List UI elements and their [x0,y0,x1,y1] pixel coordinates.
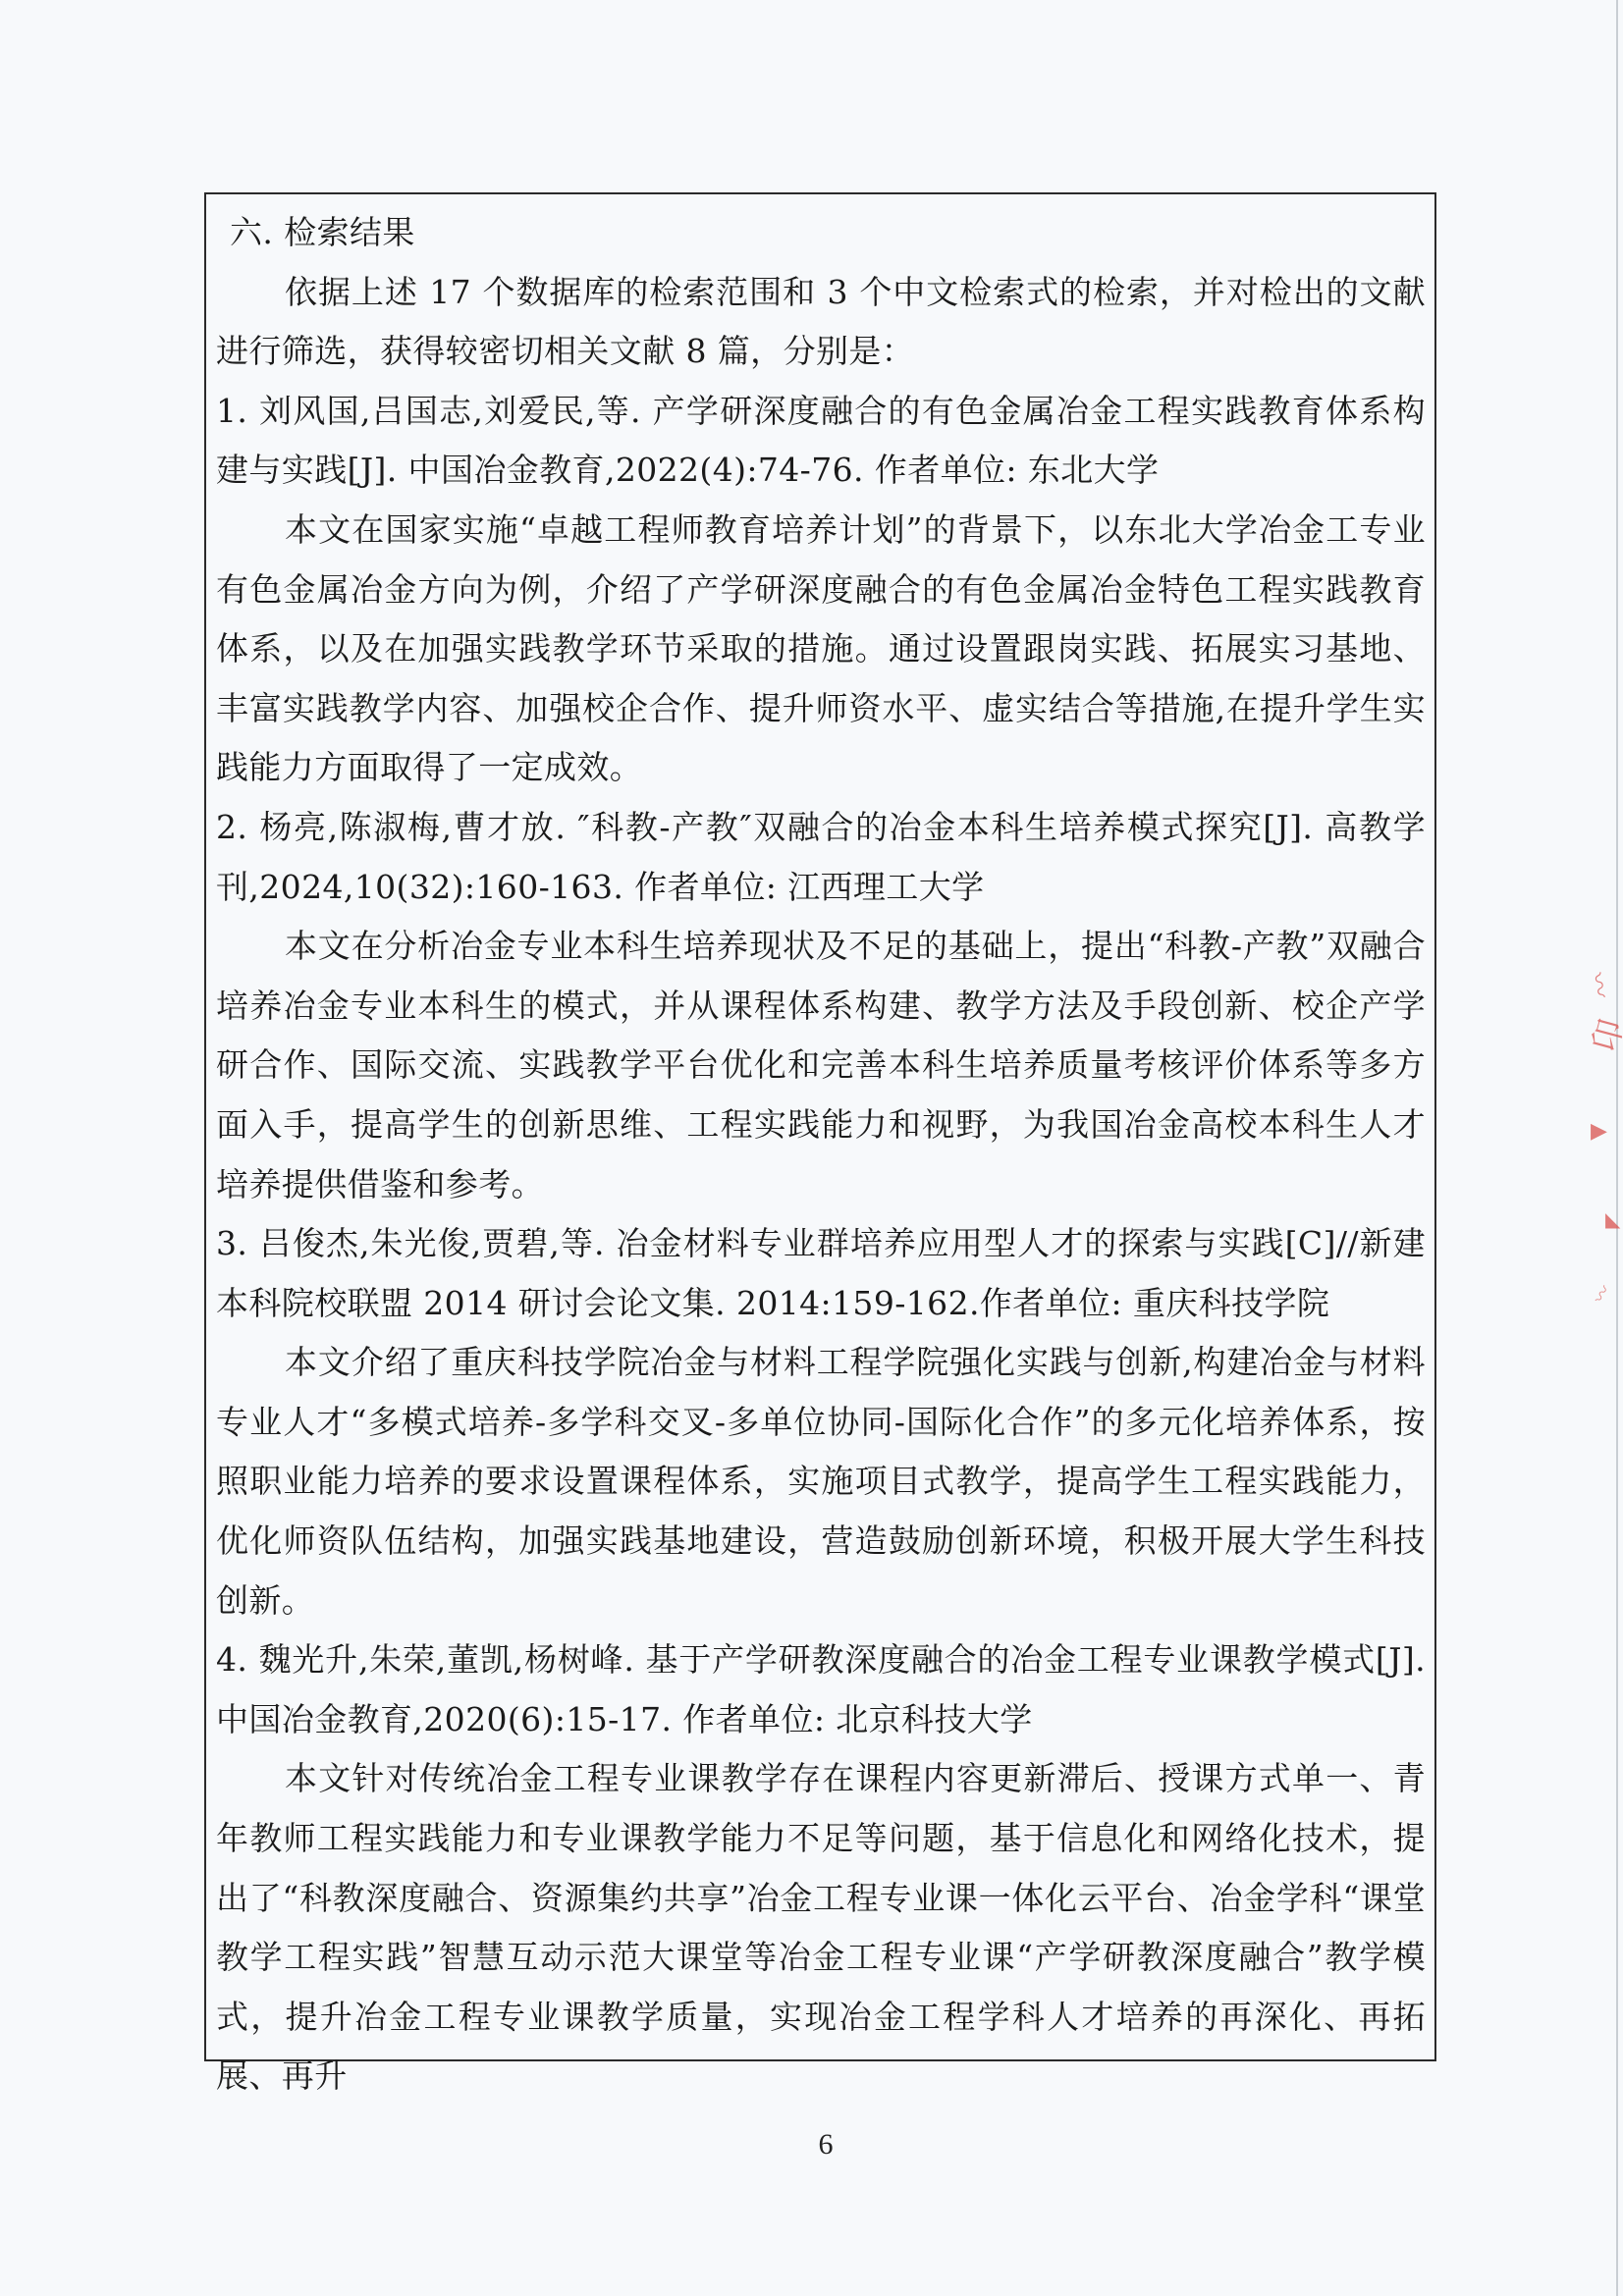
reference-citation-1: 1. 刘风国,吕国志,刘爱民,等. 产学研深度融合的有色金属冶金工程实践教育体系… [216,382,1426,501]
red-seal-mark-icon: 〰 [1586,1280,1617,1308]
intro-paragraph: 依据上述 17 个数据库的检索范围和 3 个中文检索式的检索，并对检出的文献进行… [216,263,1426,382]
page-number: 6 [811,2128,840,2162]
reference-abstract-2: 本文在分析冶金专业本科生培养现状及不足的基础上，提出“科教-产教”双融合培养冶金… [216,917,1426,1214]
red-seal-mark-icon: ▶ [1591,1119,1607,1144]
reference-citation-4: 4. 魏光升,朱荣,董凯,杨树峰. 基于产学研教深度融合的冶金工程专业课教学模式… [216,1630,1426,1749]
reference-abstract-1: 本文在国家实施“卓越工程师教育培养计划”的背景下，以东北大学冶金工专业有色金属冶… [216,501,1426,798]
red-seal-mark-icon: 〰 [1581,969,1621,1000]
reference-abstract-3: 本文介绍了重庆科技学院冶金与材料工程学院强化实践与创新,构建冶金与材料专业人才“… [216,1333,1426,1630]
red-seal-mark-icon: ◣ [1605,1207,1620,1231]
scanner-edge-line [1616,0,1618,2296]
search-results-section: 六. 检索结果 依据上述 17 个数据库的检索范围和 3 个中文检索式的检索，并… [216,203,1426,2107]
reference-citation-3: 3. 吕俊杰,朱光俊,贾碧,等. 冶金材料专业群培养应用型人才的探索与实践[C]… [216,1214,1426,1333]
section-title: 六. 检索结果 [216,203,1426,263]
reference-citation-2: 2. 杨亮,陈淑梅,曹才放. ″科教-产教″双融合的冶金本科生培养模式探究[J]… [216,798,1426,917]
reference-abstract-4: 本文针对传统冶金工程专业课教学存在课程内容更新滞后、授课方式单一、青年教师工程实… [216,1749,1426,2107]
